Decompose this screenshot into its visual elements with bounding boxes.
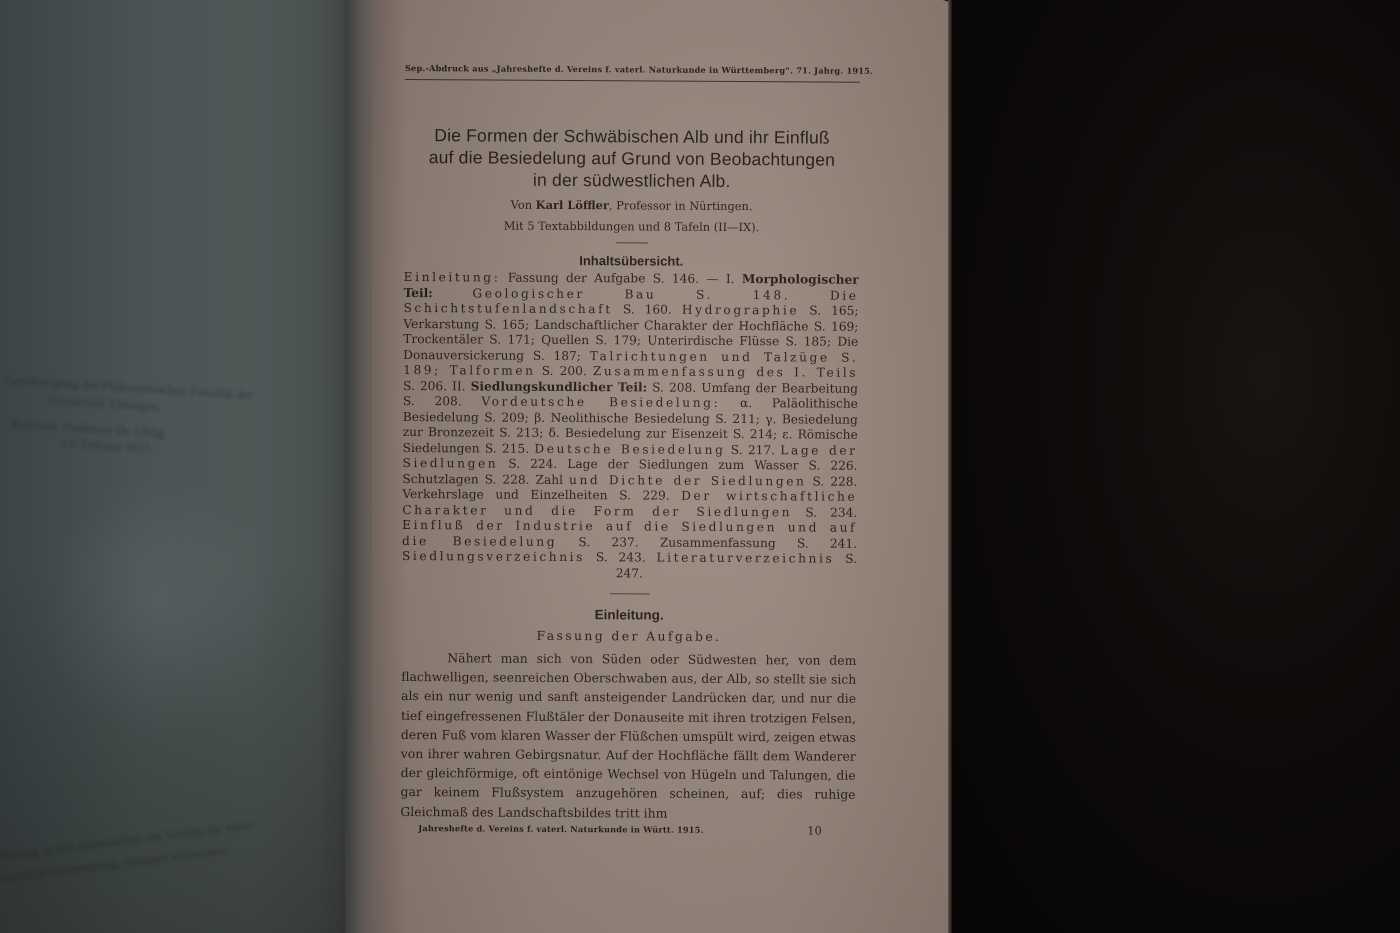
toc-segment: Literaturverzeichnis bbox=[656, 551, 834, 566]
toc-segment: S. 206. II. bbox=[403, 378, 471, 392]
toc-segment: Deutsche Besiedelung bbox=[534, 441, 725, 456]
toc-segment: S. 237. Zusammenfassung S. 241. bbox=[557, 534, 857, 550]
article-title: Die Formen der Schwäbischen Alb und ihr … bbox=[404, 124, 859, 193]
toc-segment: Siedlungsverzeichnis bbox=[402, 549, 585, 564]
table-of-contents: Einleitung: Fassung der Aufgabe S. 146. … bbox=[402, 270, 859, 583]
toc-segment: S. 234. bbox=[792, 505, 857, 519]
right-page: Sep.-Abdruck aus „Jahreshefte d. Vereins… bbox=[372, 0, 952, 933]
divider bbox=[609, 593, 649, 594]
body-paragraph: Nähert man sich von Süden oder Südwesten… bbox=[400, 648, 856, 824]
left-page-shadow bbox=[0, 560, 360, 933]
toc-heading: Inhaltsübersicht. bbox=[404, 252, 859, 271]
toc-segment: Vordeutsche Besiedelung: bbox=[481, 394, 720, 409]
title-line: auf die Besiedelung auf Grund von Beobac… bbox=[404, 146, 859, 171]
toc-segment: Hydrographie bbox=[682, 303, 799, 318]
title-line: in der südwestlichen Alb. bbox=[404, 168, 859, 193]
photo-scene: Genehmigung der Philosophischen Fakultät… bbox=[0, 0, 1400, 933]
author-affiliation: , Professor in Nürtingen. bbox=[609, 198, 753, 213]
header-rule bbox=[405, 79, 860, 83]
running-head: Sep.-Abdruck aus „Jahreshefte d. Vereins… bbox=[405, 62, 860, 77]
divider bbox=[615, 242, 647, 243]
toc-segment: Fassung der Aufgabe S. 146. — I. bbox=[500, 271, 742, 286]
page-footer: Jahreshefte d. Vereins f. vaterl. Naturk… bbox=[400, 823, 855, 840]
toc-segment: S. 217. bbox=[725, 442, 780, 456]
left-page: Genehmigung der Philosophischen Fakultät… bbox=[0, 0, 360, 933]
toc-segment: S. 200. bbox=[536, 364, 593, 378]
author-name: Karl Löffler bbox=[536, 198, 609, 212]
toc-segment: Zusammenfassung des I. Teils bbox=[593, 364, 858, 380]
page-edge bbox=[948, 0, 952, 933]
footer-source: Jahreshefte d. Vereins f. vaterl. Naturk… bbox=[418, 823, 703, 835]
page-content: Sep.-Abdruck aus „Jahreshefte d. Vereins… bbox=[400, 62, 860, 840]
author-line: Von Karl Löffler, Professor in Nürtingen… bbox=[404, 196, 859, 215]
toc-segment: Siedlungskundlicher Teil: bbox=[471, 379, 648, 394]
signature-mark: 10 bbox=[807, 823, 822, 837]
toc-segment: S. 243. bbox=[585, 550, 657, 564]
dark-background bbox=[950, 0, 1400, 933]
toc-segment: S. 160. bbox=[613, 302, 682, 316]
author-prefix: Von bbox=[511, 198, 532, 212]
subsection-heading: Fassung der Aufgabe. bbox=[401, 626, 856, 647]
figures-note: Mit 5 Textabbildungen und 8 Tafeln (II—I… bbox=[404, 217, 859, 236]
toc-segment: und Dichte der Siedlungen bbox=[569, 473, 807, 488]
section-heading: Einleitung. bbox=[402, 605, 857, 626]
toc-segment: Einleitung: bbox=[404, 270, 501, 285]
title-line: Die Formen der Schwäbischen Alb und ihr … bbox=[404, 124, 859, 149]
